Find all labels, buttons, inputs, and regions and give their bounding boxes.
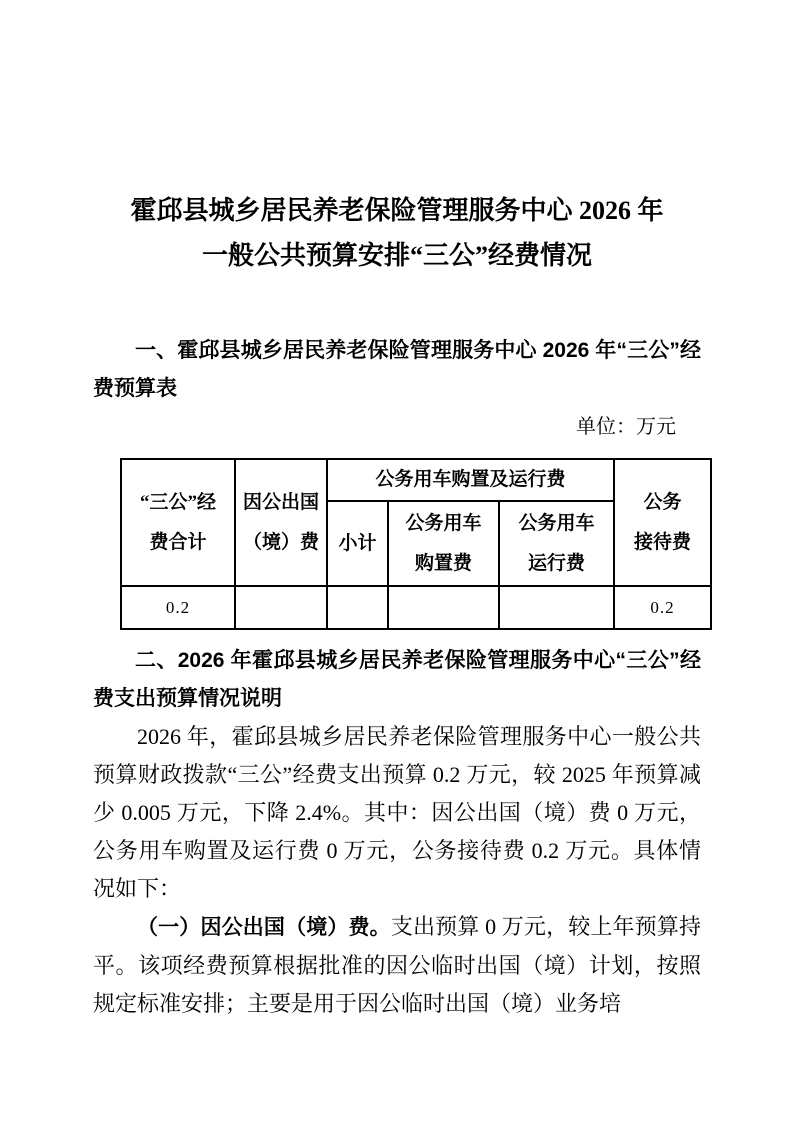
- col-header-operation: 公务用车 运行费: [499, 501, 614, 586]
- col-header-vehicle-group: 公务用车购置及运行费: [327, 459, 614, 501]
- col-header-purchase: 公务用车 购置费: [388, 501, 499, 586]
- unit-note: 单位：万元: [93, 408, 701, 446]
- cell-reception: 0.2: [614, 586, 711, 629]
- item1-lead: （一）因公出国（境）费。: [137, 916, 391, 939]
- cell-subtotal: [327, 586, 388, 629]
- document-title-line1: 霍邱县城乡居民养老保险管理服务中心 2026 年: [93, 188, 701, 233]
- table-header-row-1: “三公”经 费合计 因公出国 （境）费 公务用车购置及运行费 公务 接待费: [121, 459, 711, 501]
- cell-abroad: [235, 586, 327, 629]
- item1-paragraph: （一）因公出国（境）费。支出预算 0 万元，较上年预算持平。该项经费预算根据批准…: [93, 908, 701, 1023]
- section2-paragraph: 2026 年，霍邱县城乡居民养老保险管理服务中心一般公共预算财政拨款“三公”经费…: [93, 718, 701, 908]
- section2-heading: 二、2026 年霍邱县城乡居民养老保险管理服务中心“三公”经费支出预算情况说明: [93, 642, 701, 718]
- section1-heading: 一、霍邱县城乡居民养老保险管理服务中心 2026 年“三公”经费预算表: [93, 332, 701, 408]
- table-row: 0.2 0.2: [121, 586, 711, 629]
- col-header-reception: 公务 接待费: [614, 459, 711, 586]
- document-title: 霍邱县城乡居民养老保险管理服务中心 2026 年 一般公共预算安排“三公”经费情…: [93, 188, 701, 278]
- three-public-budget-table: “三公”经 费合计 因公出国 （境）费 公务用车购置及运行费 公务 接待费 小计…: [120, 458, 712, 630]
- col-header-total: “三公”经 费合计: [121, 459, 235, 586]
- document-title-line2: 一般公共预算安排“三公”经费情况: [93, 233, 701, 278]
- document-page: 霍邱县城乡居民养老保险管理服务中心 2026 年 一般公共预算安排“三公”经费情…: [0, 0, 794, 1122]
- cell-purchase: [388, 586, 499, 629]
- cell-operation: [499, 586, 614, 629]
- cell-total: 0.2: [121, 586, 235, 629]
- col-header-abroad: 因公出国 （境）费: [235, 459, 327, 586]
- col-header-subtotal: 小计: [327, 501, 388, 586]
